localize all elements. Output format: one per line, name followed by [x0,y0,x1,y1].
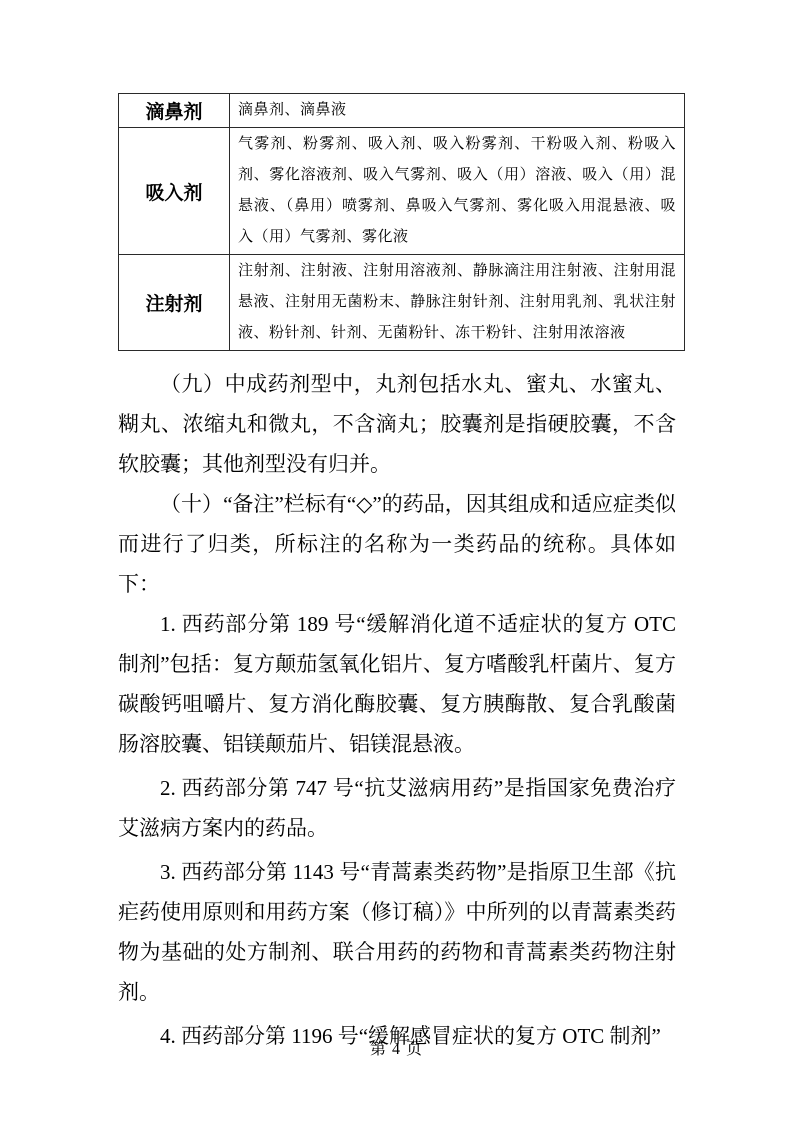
page-content: 滴鼻剂 滴鼻剂、滴鼻液 吸入剂 气雾剂、粉雾剂、吸入剂、吸入粉雾剂、干粉吸入剂、… [118,93,678,1056]
table-row: 吸入剂 气雾剂、粉雾剂、吸入剂、吸入粉雾剂、干粉吸入剂、粉吸入剂、雾化溶液剂、吸… [119,128,685,255]
paragraph-nine: （九）中成药剂型中，丸剂包括水丸、蜜丸、水蜜丸、糊丸、浓缩丸和微丸，不含滴丸；胶… [118,364,676,484]
paragraph-ten: （十）“备注”栏标有“◇”的药品，因其组成和适应症类似而进行了归类，所标注的名称… [118,484,676,604]
table-row: 滴鼻剂 滴鼻剂、滴鼻液 [119,94,685,128]
dosage-form-term: 滴鼻剂 [119,94,230,128]
body-text: （九）中成药剂型中，丸剂包括水丸、蜜丸、水蜜丸、糊丸、浓缩丸和微丸，不含滴丸；胶… [118,364,676,1056]
list-item-2: 2. 西药部分第 747 号“抗艾滋病用药”是指国家免费治疗艾滋病方案内的药品。 [118,768,676,848]
document-page: 滴鼻剂 滴鼻剂、滴鼻液 吸入剂 气雾剂、粉雾剂、吸入剂、吸入粉雾剂、干粉吸入剂、… [0,0,793,1122]
dosage-form-table: 滴鼻剂 滴鼻剂、滴鼻液 吸入剂 气雾剂、粉雾剂、吸入剂、吸入粉雾剂、干粉吸入剂、… [118,93,685,351]
list-item-3: 3. 西药部分第 1143 号“青蒿素类药物”是指原卫生部《抗疟药使用原则和用药… [118,852,676,1012]
dosage-form-definition: 气雾剂、粉雾剂、吸入剂、吸入粉雾剂、干粉吸入剂、粉吸入剂、雾化溶液剂、吸入气雾剂… [230,128,685,255]
dosage-form-definition: 滴鼻剂、滴鼻液 [230,94,685,128]
dosage-form-term: 吸入剂 [119,128,230,255]
list-item-1: 1. 西药部分第 189 号“缓解消化道不适症状的复方 OTC 制剂”包括：复方… [118,604,676,764]
page-number: 第 4 页 [0,1036,793,1059]
dosage-form-term: 注射剂 [119,255,230,351]
table-row: 注射剂 注射剂、注射液、注射用溶液剂、静脉滴注用注射液、注射用混悬液、注射用无菌… [119,255,685,351]
dosage-form-definition: 注射剂、注射液、注射用溶液剂、静脉滴注用注射液、注射用混悬液、注射用无菌粉末、静… [230,255,685,351]
